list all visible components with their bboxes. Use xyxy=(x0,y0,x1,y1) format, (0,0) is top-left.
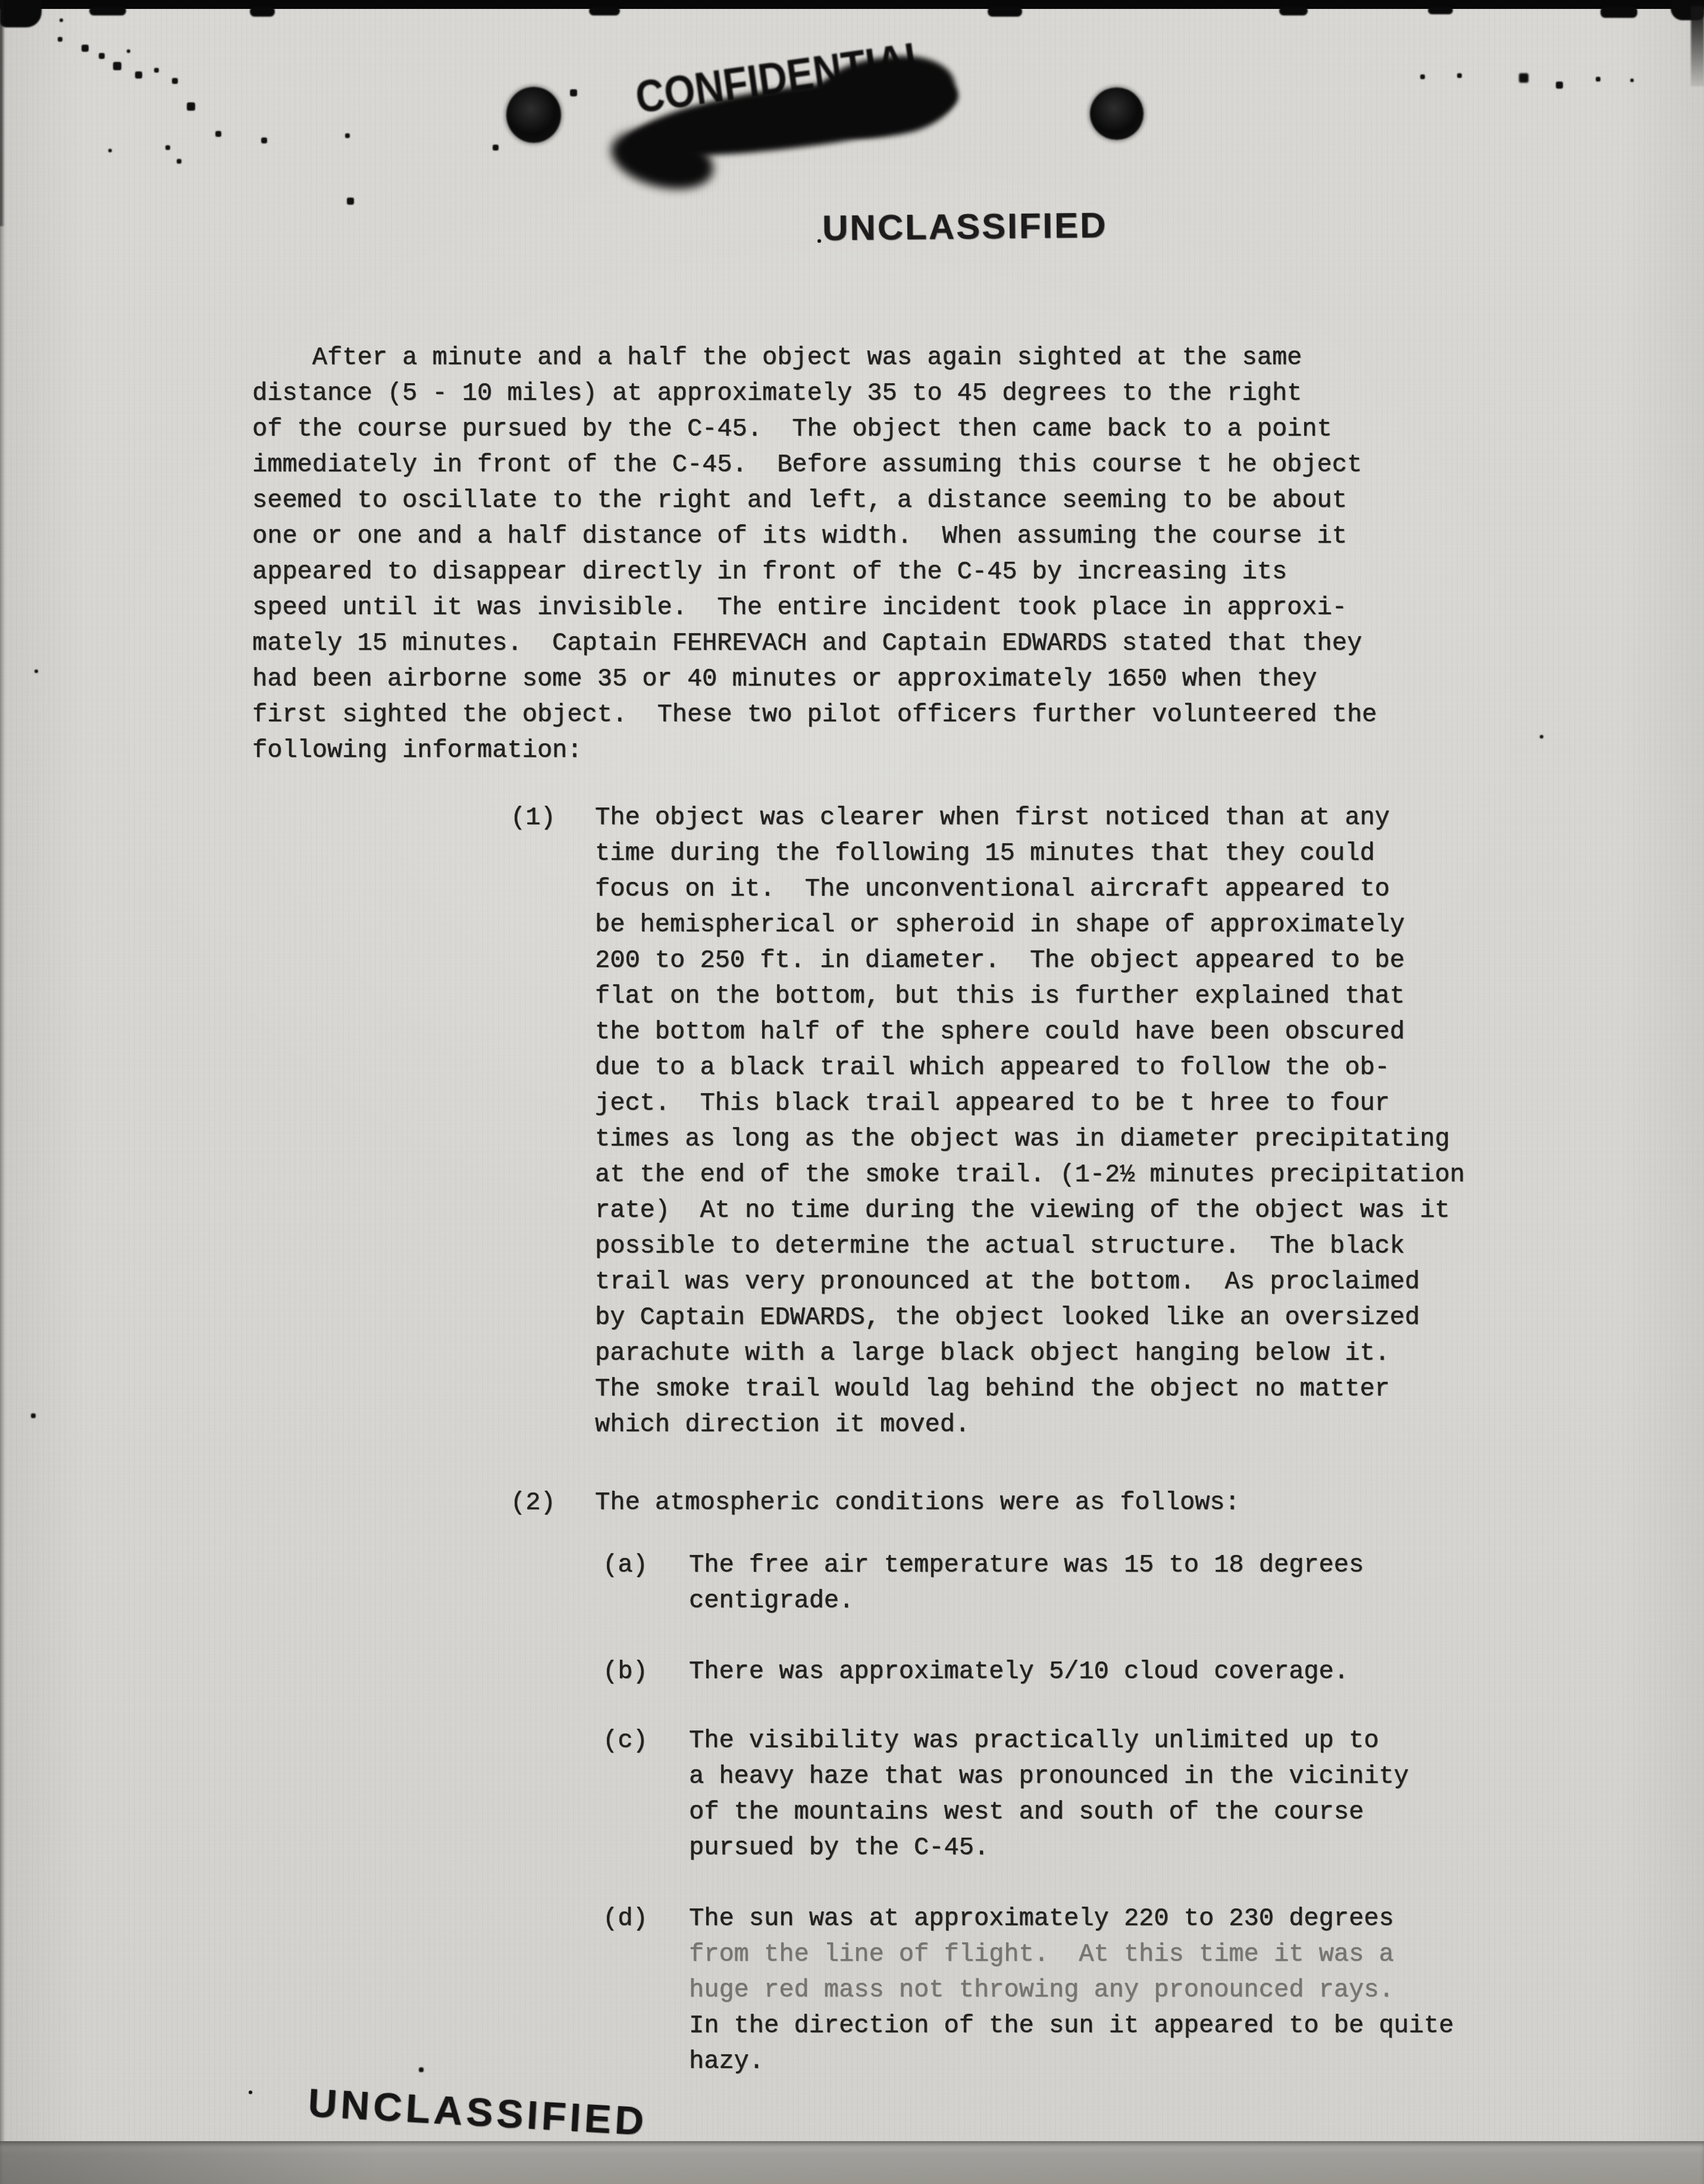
scan-edge-blob xyxy=(0,0,42,27)
unclassified-header-stamp: UNCLASSIFIED xyxy=(822,204,1108,248)
unclassified-footer-stamp: UNCLASSIFIED xyxy=(307,2080,649,2144)
scan-edge-blob xyxy=(1600,7,1637,18)
subitem-d-text-faded: from the line of flight. At this time it… xyxy=(689,1936,1394,2008)
subitem-a-text: The free air temperature was 15 to 18 de… xyxy=(689,1547,1364,1619)
ink-dot-right xyxy=(1090,87,1144,140)
paragraph-intro: After a minute and a half the object was… xyxy=(252,340,1377,768)
item-2-text: The atmospheric conditions were as follo… xyxy=(595,1485,1240,1520)
scan-edge-blob xyxy=(250,7,275,17)
scan-edge-blob xyxy=(1279,7,1308,15)
ink-specks xyxy=(0,0,1,1)
subitem-c-marker: (c) xyxy=(603,1723,648,1759)
scan-right-edge-shadow xyxy=(1691,6,1704,86)
scanned-document-page: CONFIDENTIAL UNCLASSIFIED After a minute… xyxy=(0,0,1704,2184)
subitem-a-marker: (a) xyxy=(603,1547,648,1583)
item-1-text: The object was clearer when first notice… xyxy=(595,800,1465,1443)
subitem-b-marker: (b) xyxy=(603,1654,648,1689)
scan-edge-blob xyxy=(589,7,620,15)
scan-bottom-band xyxy=(0,2141,1704,2184)
subitem-d-text-rest: In the direction of the sun it appeared … xyxy=(689,2008,1454,2079)
confidential-stamp-obliterated: CONFIDENTIAL xyxy=(610,28,980,190)
item-1-marker: (1) xyxy=(510,800,556,836)
ink-dot-left xyxy=(506,87,561,143)
item-2-marker: (2) xyxy=(510,1485,556,1520)
scan-left-edge-shadow-top xyxy=(0,0,5,226)
subitem-d-text-line1: The sun was at approximately 220 to 230 … xyxy=(689,1901,1394,1936)
scan-edge-blob xyxy=(1428,7,1453,14)
scan-edge-blob xyxy=(988,7,1022,17)
scan-edge-blob xyxy=(89,7,126,15)
scan-left-edge-shadow xyxy=(0,0,5,2184)
subitem-c-text: The visibility was practically unlimited… xyxy=(689,1723,1409,1866)
subitem-b-text: There was approximately 5/10 cloud cover… xyxy=(689,1654,1349,1689)
subitem-d-marker: (d) xyxy=(603,1901,648,1936)
